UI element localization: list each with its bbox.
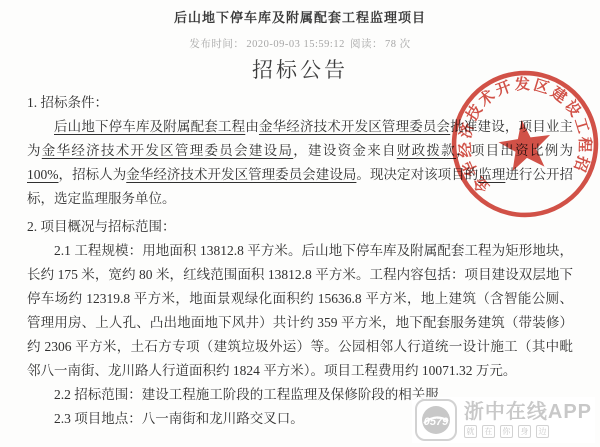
app-slogan: 就 在 你 身 边: [464, 425, 592, 438]
views-label: 阅读：: [350, 39, 383, 50]
section1-heading: 1. 招标条件：: [27, 91, 573, 115]
slogan-char: 你: [500, 425, 513, 438]
document-body: 1. 招标条件： 后山地下停车库及附属配套工程由金华经济技术开发区管理委员会批准…: [0, 91, 600, 431]
underlined-text: 后山地下停车库及附属配套工程: [54, 119, 245, 134]
underlined-text: 金华经济技术开发区管理委员会建设局: [126, 167, 356, 182]
publish-time-value: 2020-09-03 15:59:12: [246, 39, 344, 50]
app-logo: 0579: [415, 399, 457, 441]
watermark-texts: 浙中在线APP 就 在 你 身 边: [464, 402, 592, 438]
slogan-char: 在: [482, 425, 495, 438]
document-page: 后山地下停车库及附属配套工程监理项目 发布时间：2020-09-03 15:59…: [0, 0, 600, 447]
slogan-char: 边: [536, 425, 549, 438]
plain-text: ，项目出资比例为: [456, 143, 573, 158]
underlined-text: 金华经济技术开发区管理委员会建设局: [42, 143, 293, 158]
app-name: 浙中在线APP: [464, 402, 592, 422]
slogan-char: 身: [518, 425, 531, 438]
paragraph-2-1: 2.1 工程规模：用地面积 13812.8 平方米。后山地下停车库及附属配套工程…: [27, 239, 573, 383]
app-watermark: 0579 浙中在线APP 就 在 你 身 边: [412, 397, 595, 443]
publish-time-label: 发布时间：: [189, 39, 244, 50]
plain-text: ，招标人为: [59, 167, 127, 182]
document-title: 后山地下停车库及附属配套工程监理项目: [0, 0, 600, 26]
plain-text: 。现决定对该项目的: [356, 167, 478, 182]
publish-meta: 发布时间：2020-09-03 15:59:12 阅读：78 次: [0, 36, 600, 51]
slogan-char: 就: [464, 425, 477, 438]
underlined-text: 100%: [27, 167, 59, 182]
underlined-text: 财政拨款: [397, 143, 456, 158]
section2-heading: 2. 项目概况与招标范围：: [27, 215, 573, 239]
section1-paragraph: 后山地下停车库及附属配套工程由金华经济技术开发区管理委员会批准建设，项目业主为金…: [27, 115, 573, 211]
notice-heading: 招标公告: [0, 58, 600, 82]
underlined-text: 金华经济技术开发区管理委员会: [259, 119, 450, 134]
logo-number: 0579: [424, 416, 449, 428]
views-value: 78 次: [385, 39, 411, 50]
plain-text: 由: [245, 119, 259, 134]
plain-text: ，建设资金来自: [293, 143, 397, 158]
underlined-text: 监理: [478, 167, 505, 182]
